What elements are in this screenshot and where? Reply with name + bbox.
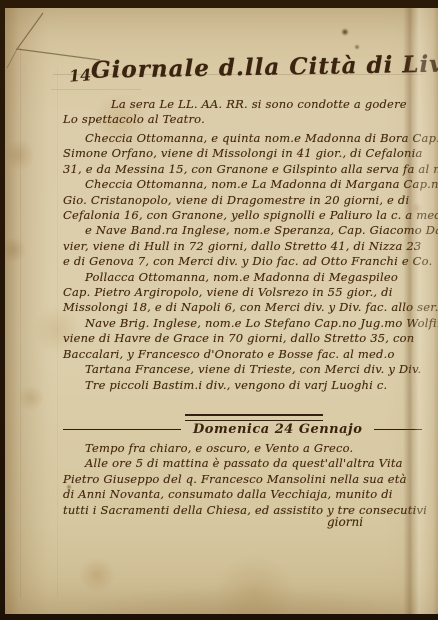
manuscript-line: Nave Brig. Inglese, nom.e Lo Stefano Cap… <box>63 316 424 331</box>
manuscript-line: Checcia Ottomanna, nom.e La Madonna di M… <box>63 177 424 192</box>
signoff-word: giorni <box>327 515 363 529</box>
manuscript-line: Gio. Cristanopolo, viene di Dragomestre … <box>63 193 424 208</box>
manuscript-line: Tempo fra chiaro, e oscuro, e Vento a Gr… <box>63 441 424 456</box>
manuscript-line: Baccalari, y Francesco d'Onorato e Bosse… <box>63 347 424 362</box>
manuscript-line: 31, e da Messina 15, con Granone e Gilsp… <box>63 162 424 177</box>
manuscript-line: Pietro Giuseppo del q. Francesco Mansoli… <box>63 472 424 487</box>
manuscript-page: 14 Giornale d.lla Città di Livorno La se… <box>5 8 438 614</box>
manuscript-line: viene di Havre de Grace in 70 giorni, da… <box>63 331 424 346</box>
intro-paragraph: La sera Le LL. AA. RR. si sono condotte … <box>63 97 422 128</box>
manuscript-line: La sera Le LL. AA. RR. si sono condotte … <box>63 97 422 112</box>
section-heading-row: Domenica 24 Gennajo <box>63 422 422 437</box>
manuscript-scan: 14 Giornale d.lla Città di Livorno La se… <box>0 0 438 620</box>
section-heading: Domenica 24 Gennajo <box>193 422 362 437</box>
manuscript-line: Alle ore 5 di mattina è passato da quest… <box>63 456 424 471</box>
manuscript-line: Missolongi 18, e di Napoli 6, con Merci … <box>63 300 424 315</box>
manuscript-line: Tre piccoli Bastim.i div., vengono di va… <box>63 378 424 393</box>
ship-entries-paragraph: Checcia Ottomanna, e quinta nom.e Madonn… <box>63 131 424 393</box>
manuscript-line: Lo spettacolo al Teatro. <box>63 112 422 127</box>
ruled-guide-line <box>51 89 141 90</box>
manuscript-line: e Nave Band.ra Inglese, nom.e Speranza, … <box>63 223 424 238</box>
margin-crease-line <box>20 48 21 598</box>
heading-rule-left <box>63 429 181 430</box>
manuscript-line: e di Genova 7, con Merci div. y Dio fac.… <box>63 254 424 269</box>
manuscript-line: di Anni Novanta, consumato dalla Vecchia… <box>63 487 424 502</box>
manuscript-line: Tartana Francese, viene di Trieste, con … <box>63 362 424 377</box>
margin-guide-line <box>57 68 58 598</box>
obituary-paragraph: Tempo fra chiaro, e oscuro, e Vento a Gr… <box>63 441 424 518</box>
section-divider <box>185 414 323 421</box>
manuscript-line: tutti i Sacramenti della Chiesa, ed assi… <box>63 503 424 518</box>
manuscript-line: Cap. Pietro Argiropolo, viene di Volsrez… <box>63 285 424 300</box>
page-number: 14 <box>68 65 92 86</box>
manuscript-line: Cefalonia 16, con Granone, yello spignol… <box>63 208 424 223</box>
manuscript-line: vier, viene di Hull in 72 giorni, dallo … <box>63 239 424 254</box>
page-title: Giornale d.lla Città di Livorno <box>91 51 411 84</box>
heading-rule-right <box>374 429 422 430</box>
manuscript-line: Checcia Ottomanna, e quinta nom.e Madonn… <box>63 131 424 146</box>
manuscript-line: Simone Orfano, viene di Missolongi in 41… <box>63 146 424 161</box>
manuscript-line: Pollacca Ottomanna, nom.e Madonna di Meg… <box>63 270 424 285</box>
